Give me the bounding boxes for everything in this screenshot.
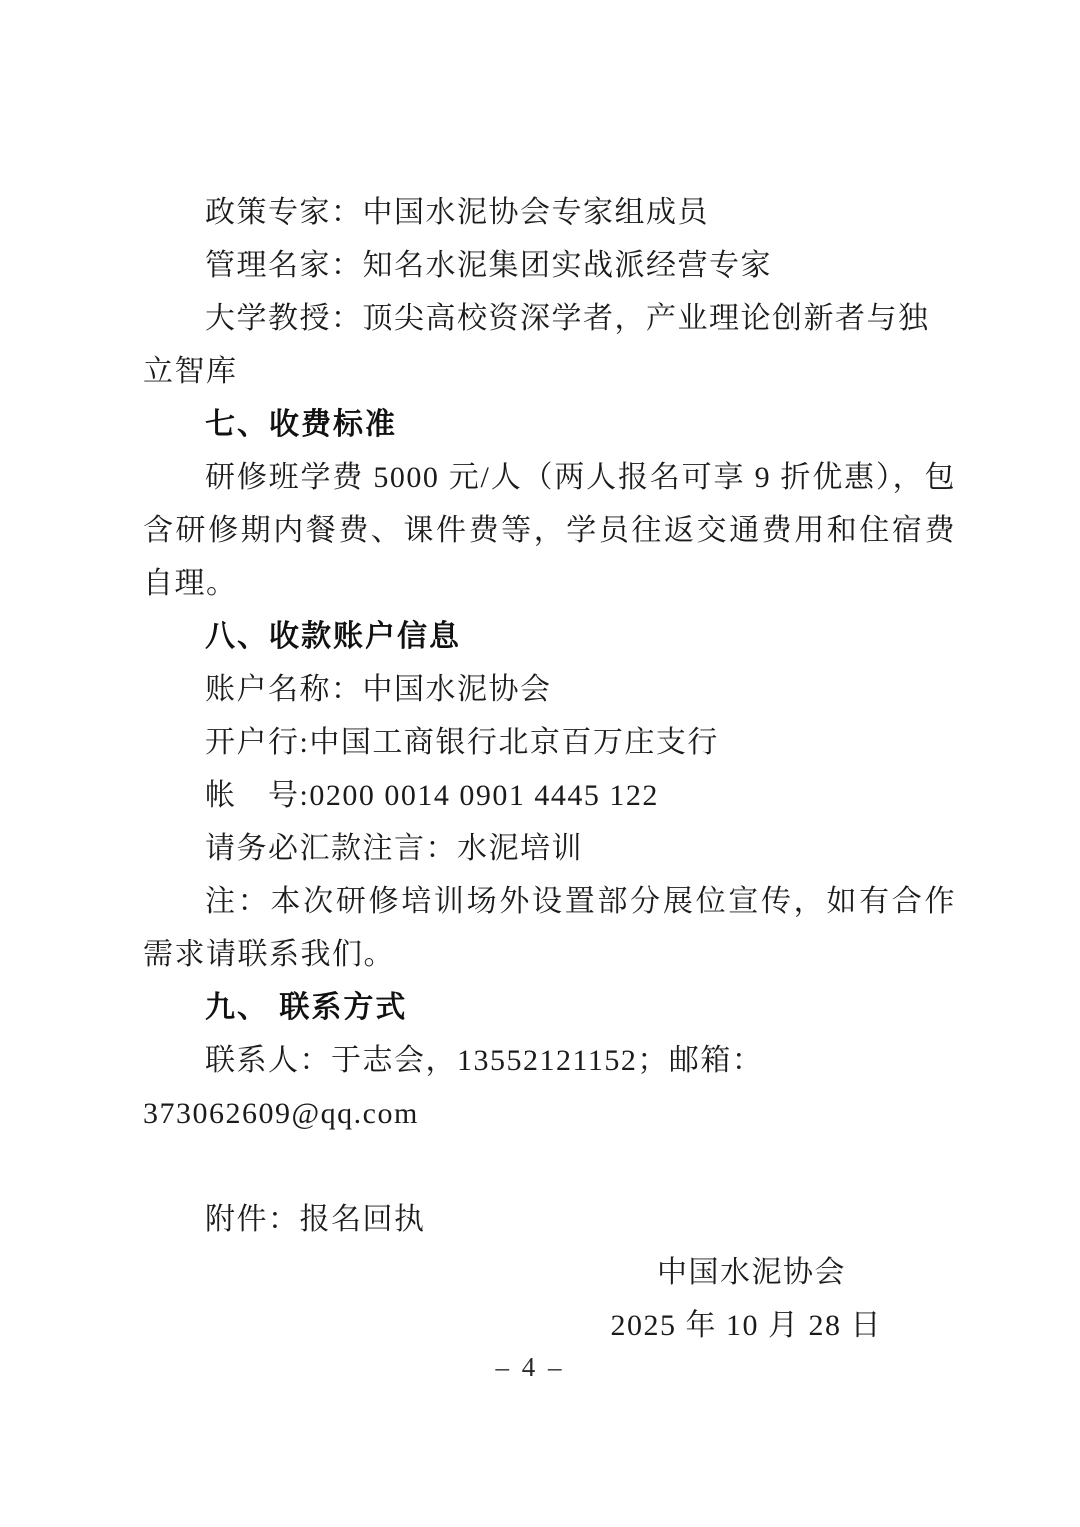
attachment-line: 附件：报名回执 <box>143 1193 956 1246</box>
document-page: 政策专家：中国水泥协会专家组成员 管理名家：知名水泥集团实战派经营专家 大学教授… <box>0 0 1080 1527</box>
account-name-line: 账户名称：中国水泥协会 <box>143 663 956 716</box>
account-number-line: 帐 号:0200 0014 0901 4445 122 <box>143 769 956 822</box>
spacer <box>143 1140 956 1193</box>
document-body: 政策专家：中国水泥协会专家组成员 管理名家：知名水泥集团实战派经营专家 大学教授… <box>143 186 956 1352</box>
section-heading-fee: 七、收费标准 <box>143 398 956 451</box>
faculty-line-management-expert: 管理名家：知名水泥集团实战派经营专家 <box>143 239 956 292</box>
remit-note-line: 请务必汇款注言：水泥培训 <box>143 822 956 875</box>
section-heading-account: 八、收款账户信息 <box>143 610 956 663</box>
signature-organization: 中国水泥协会 <box>143 1246 956 1299</box>
faculty-line-professor: 大学教授：顶尖高校资深学者，产业理论创新者与独立智库 <box>143 292 956 398</box>
exhibit-note-paragraph: 注：本次研修培训场外设置部分展位宣传，如有合作需求请联系我们。 <box>143 875 956 981</box>
contact-line: 联系人：于志会，13552121152；邮箱：373062609@qq.com <box>143 1034 956 1140</box>
section-heading-contact: 九、 联系方式 <box>143 981 956 1034</box>
bank-line: 开户行:中国工商银行北京百万庄支行 <box>143 716 956 769</box>
signature-date: 2025 年 10 月 28 日 <box>143 1299 956 1352</box>
faculty-line-policy-expert: 政策专家：中国水泥协会专家组成员 <box>143 186 956 239</box>
fee-paragraph: 研修班学费 5000 元/人（两人报名可享 9 折优惠），包含研修期内餐费、课件… <box>143 451 956 610</box>
page-number: – 4 – <box>0 1352 1060 1383</box>
